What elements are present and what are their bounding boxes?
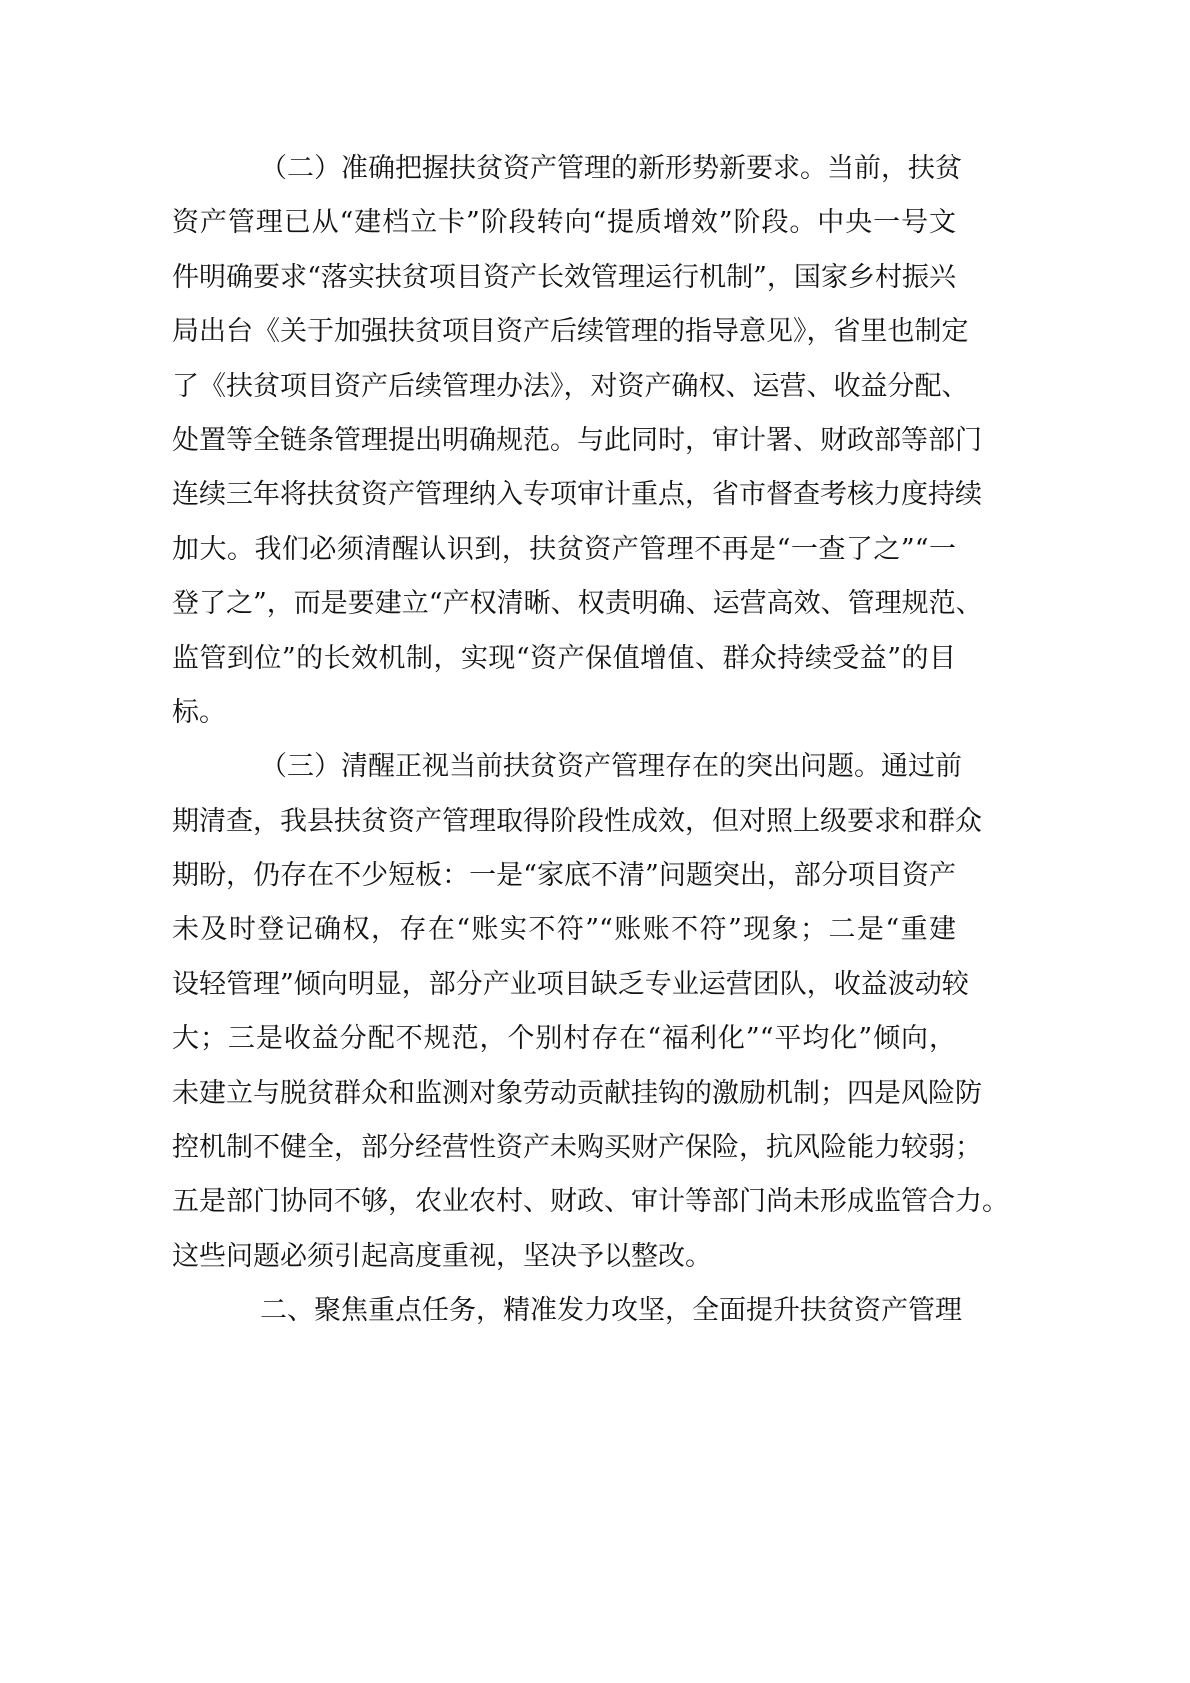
- heading-line: 二、聚焦重点任务，精准发力攻坚，全面提升扶贫资产管理: [172, 1284, 956, 1338]
- text-line: 期清查，我县扶贫资产管理取得阶段性成效，但对照上级要求和群众: [172, 795, 956, 849]
- text-line: 件明确要求“落实扶贫项目资产长效管理运行机制”，国家乡村振兴: [172, 251, 956, 305]
- section-heading-2: 二、聚焦重点任务，精准发力攻坚，全面提升扶贫资产管理: [172, 1284, 956, 1338]
- text-line: 期盼，仍存在不少短板：一是“家底不清”问题突出，部分项目资产: [172, 849, 956, 903]
- text-line: 未及时登记确权，存在“账实不符”“账账不符”现象；二是“重建: [172, 903, 956, 957]
- paragraph-section-2: （二）准确把握扶贫资产管理的新形势新要求。当前，扶贫 资产管理已从“建档立卡”阶…: [172, 142, 956, 740]
- text-line: 登了之”，而是要建立“产权清晰、权责明确、运营高效、管理规范、: [172, 577, 956, 631]
- text-line: 五是部门协同不够，农业农村、财政、审计等部门尚未形成监管合力。: [172, 1175, 956, 1229]
- text-line: （二）准确把握扶贫资产管理的新形势新要求。当前，扶贫: [172, 142, 956, 196]
- text-line: （三）清醒正视当前扶贫资产管理存在的突出问题。通过前: [172, 740, 956, 794]
- text-line: 加大。我们必须清醒认识到，扶贫资产管理不再是“一查了之”“一: [172, 523, 956, 577]
- text-line: 这些问题必须引起高度重视，坚决予以整改。: [172, 1230, 956, 1284]
- text-line: 大；三是收益分配不规范，个别村存在“福利化”“平均化”倾向，: [172, 1012, 956, 1066]
- text-line: 局出台《关于加强扶贫项目资产后续管理的指导意见》，省里也制定: [172, 305, 956, 359]
- text-line: 处置等全链条管理提出明确规范。与此同时，审计署、财政部等部门: [172, 414, 956, 468]
- document-page: （二）准确把握扶贫资产管理的新形势新要求。当前，扶贫 资产管理已从“建档立卡”阶…: [172, 142, 956, 1339]
- text-line: 控机制不健全，部分经营性资产未购买财产保险，抗风险能力较弱；: [172, 1121, 956, 1175]
- text-line: 未建立与脱贫群众和监测对象劳动贡献挂钩的激励机制；四是风险防: [172, 1067, 956, 1121]
- text-line: 了《扶贫项目资产后续管理办法》，对资产确权、运营、收益分配、: [172, 360, 956, 414]
- text-line: 监管到位”的长效机制，实现“资产保值增值、群众持续受益”的目: [172, 632, 956, 686]
- paragraph-section-3: （三）清醒正视当前扶贫资产管理存在的突出问题。通过前 期清查，我县扶贫资产管理取…: [172, 740, 956, 1284]
- text-line: 连续三年将扶贫资产管理纳入专项审计重点，省市督查考核力度持续: [172, 468, 956, 522]
- text-line: 设轻管理”倾向明显，部分产业项目缺乏专业运营团队，收益波动较: [172, 958, 956, 1012]
- text-line: 资产管理已从“建档立卡”阶段转向“提质增效”阶段。中央一号文: [172, 196, 956, 250]
- text-line: 标。: [172, 686, 956, 740]
